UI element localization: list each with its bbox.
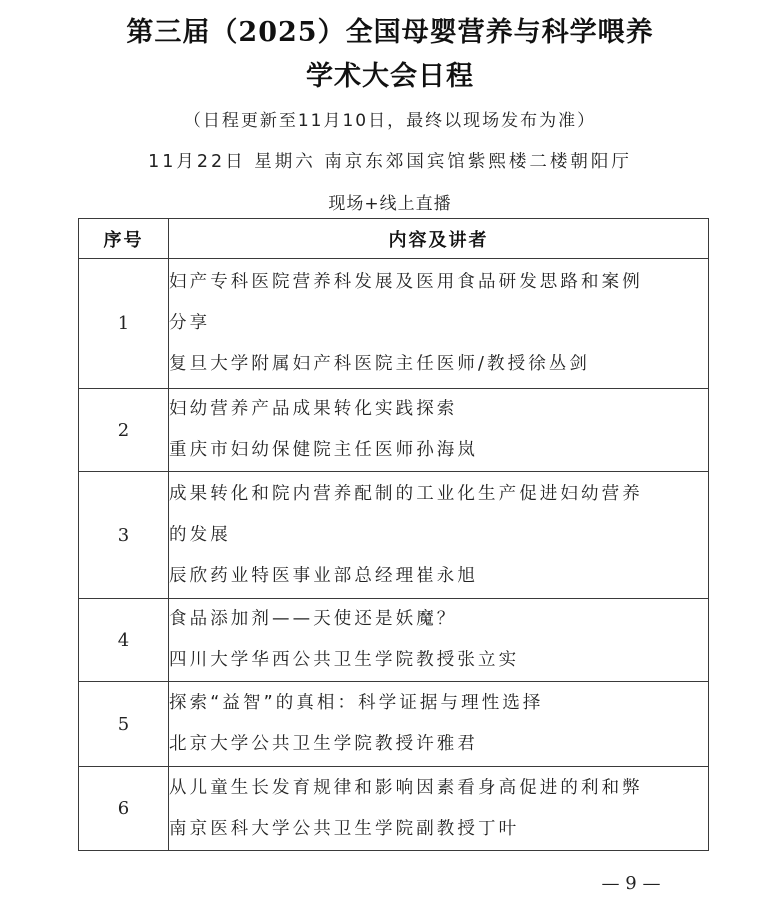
speaker: 四川大学华西公共卫生学院教授张立实 [169,640,708,681]
header-content-speaker: 内容及讲者 [169,219,709,259]
row-number: 3 [79,472,169,599]
table-row: 5 探索“益智”的真相：科学证据与理性选择 北京大学公共卫生学院教授许雅君 [79,682,709,767]
row-content: 成果转化和院内营养配制的工业化生产促进妇幼营养 的发展 辰欣药业特医事业部总经理… [169,472,709,599]
topic-line: 的发展 [169,515,708,556]
row-content: 从儿童生长发育规律和影响因素看身高促进的利和弊 南京医科大学公共卫生学院副教授丁… [169,767,709,851]
row-number: 4 [79,599,169,682]
table-row: 3 成果转化和院内营养配制的工业化生产促进妇幼营养 的发展 辰欣药业特医事业部总… [79,472,709,599]
row-number: 5 [79,682,169,767]
table-header-row: 序号 内容及讲者 [79,219,709,259]
row-content: 食品添加剂——天使还是妖魔？ 四川大学华西公共卫生学院教授张立实 [169,599,709,682]
topic-line: 分享 [169,303,708,344]
topic-line: 探索“益智”的真相：科学证据与理性选择 [169,683,708,724]
topic-line: 妇产专科医院营养科发展及医用食品研发思路和案例 [169,262,708,303]
table-row: 2 妇幼营养产品成果转化实践探索 重庆市妇幼保健院主任医师孙海岚 [79,389,709,472]
speaker: 北京大学公共卫生学院教授许雅君 [169,724,708,765]
event-format: 现场+线上直播 [0,189,780,214]
row-number: 2 [79,389,169,472]
topic-line: 从儿童生长发育规律和影响因素看身高促进的利和弊 [169,768,708,809]
speaker: 重庆市妇幼保健院主任医师孙海岚 [169,430,708,471]
speaker: 辰欣药业特医事业部总经理崔永旭 [169,556,708,597]
document-title-line1: 第三届（2025）全国母婴营养与科学喂养 [0,10,780,49]
document-title-line2: 学术大会日程 [0,54,780,93]
table-row: 1 妇产专科医院营养科发展及医用食品研发思路和案例 分享 复旦大学附属妇产科医院… [79,259,709,389]
schedule-table: 序号 内容及讲者 1 妇产专科医院营养科发展及医用食品研发思路和案例 分享 复旦… [78,218,709,851]
topic-line: 妇幼营养产品成果转化实践探索 [169,389,708,430]
speaker: 复旦大学附属妇产科医院主任医师/教授徐丛剑 [169,344,708,385]
row-number: 6 [79,767,169,851]
row-content: 妇产专科医院营养科发展及医用食品研发思路和案例 分享 复旦大学附属妇产科医院主任… [169,259,709,389]
table-row: 4 食品添加剂——天使还是妖魔？ 四川大学华西公共卫生学院教授张立实 [79,599,709,682]
table-row: 6 从儿童生长发育规律和影响因素看身高促进的利和弊 南京医科大学公共卫生学院副教… [79,767,709,851]
topic-line: 食品添加剂——天使还是妖魔？ [169,599,708,640]
page-number: — 9 — [596,873,666,894]
header-number: 序号 [79,219,169,259]
topic-line: 成果转化和院内营养配制的工业化生产促进妇幼营养 [169,474,708,515]
row-content: 妇幼营养产品成果转化实践探索 重庆市妇幼保健院主任医师孙海岚 [169,389,709,472]
date-venue: 11月22日 星期六 南京东郊国宾馆紫熙楼二楼朝阳厅 [0,148,780,173]
schedule-update-note: （日程更新至11月10日，最终以现场发布为准） [0,106,780,131]
row-content: 探索“益智”的真相：科学证据与理性选择 北京大学公共卫生学院教授许雅君 [169,682,709,767]
row-number: 1 [79,259,169,389]
speaker: 南京医科大学公共卫生学院副教授丁叶 [169,809,708,850]
